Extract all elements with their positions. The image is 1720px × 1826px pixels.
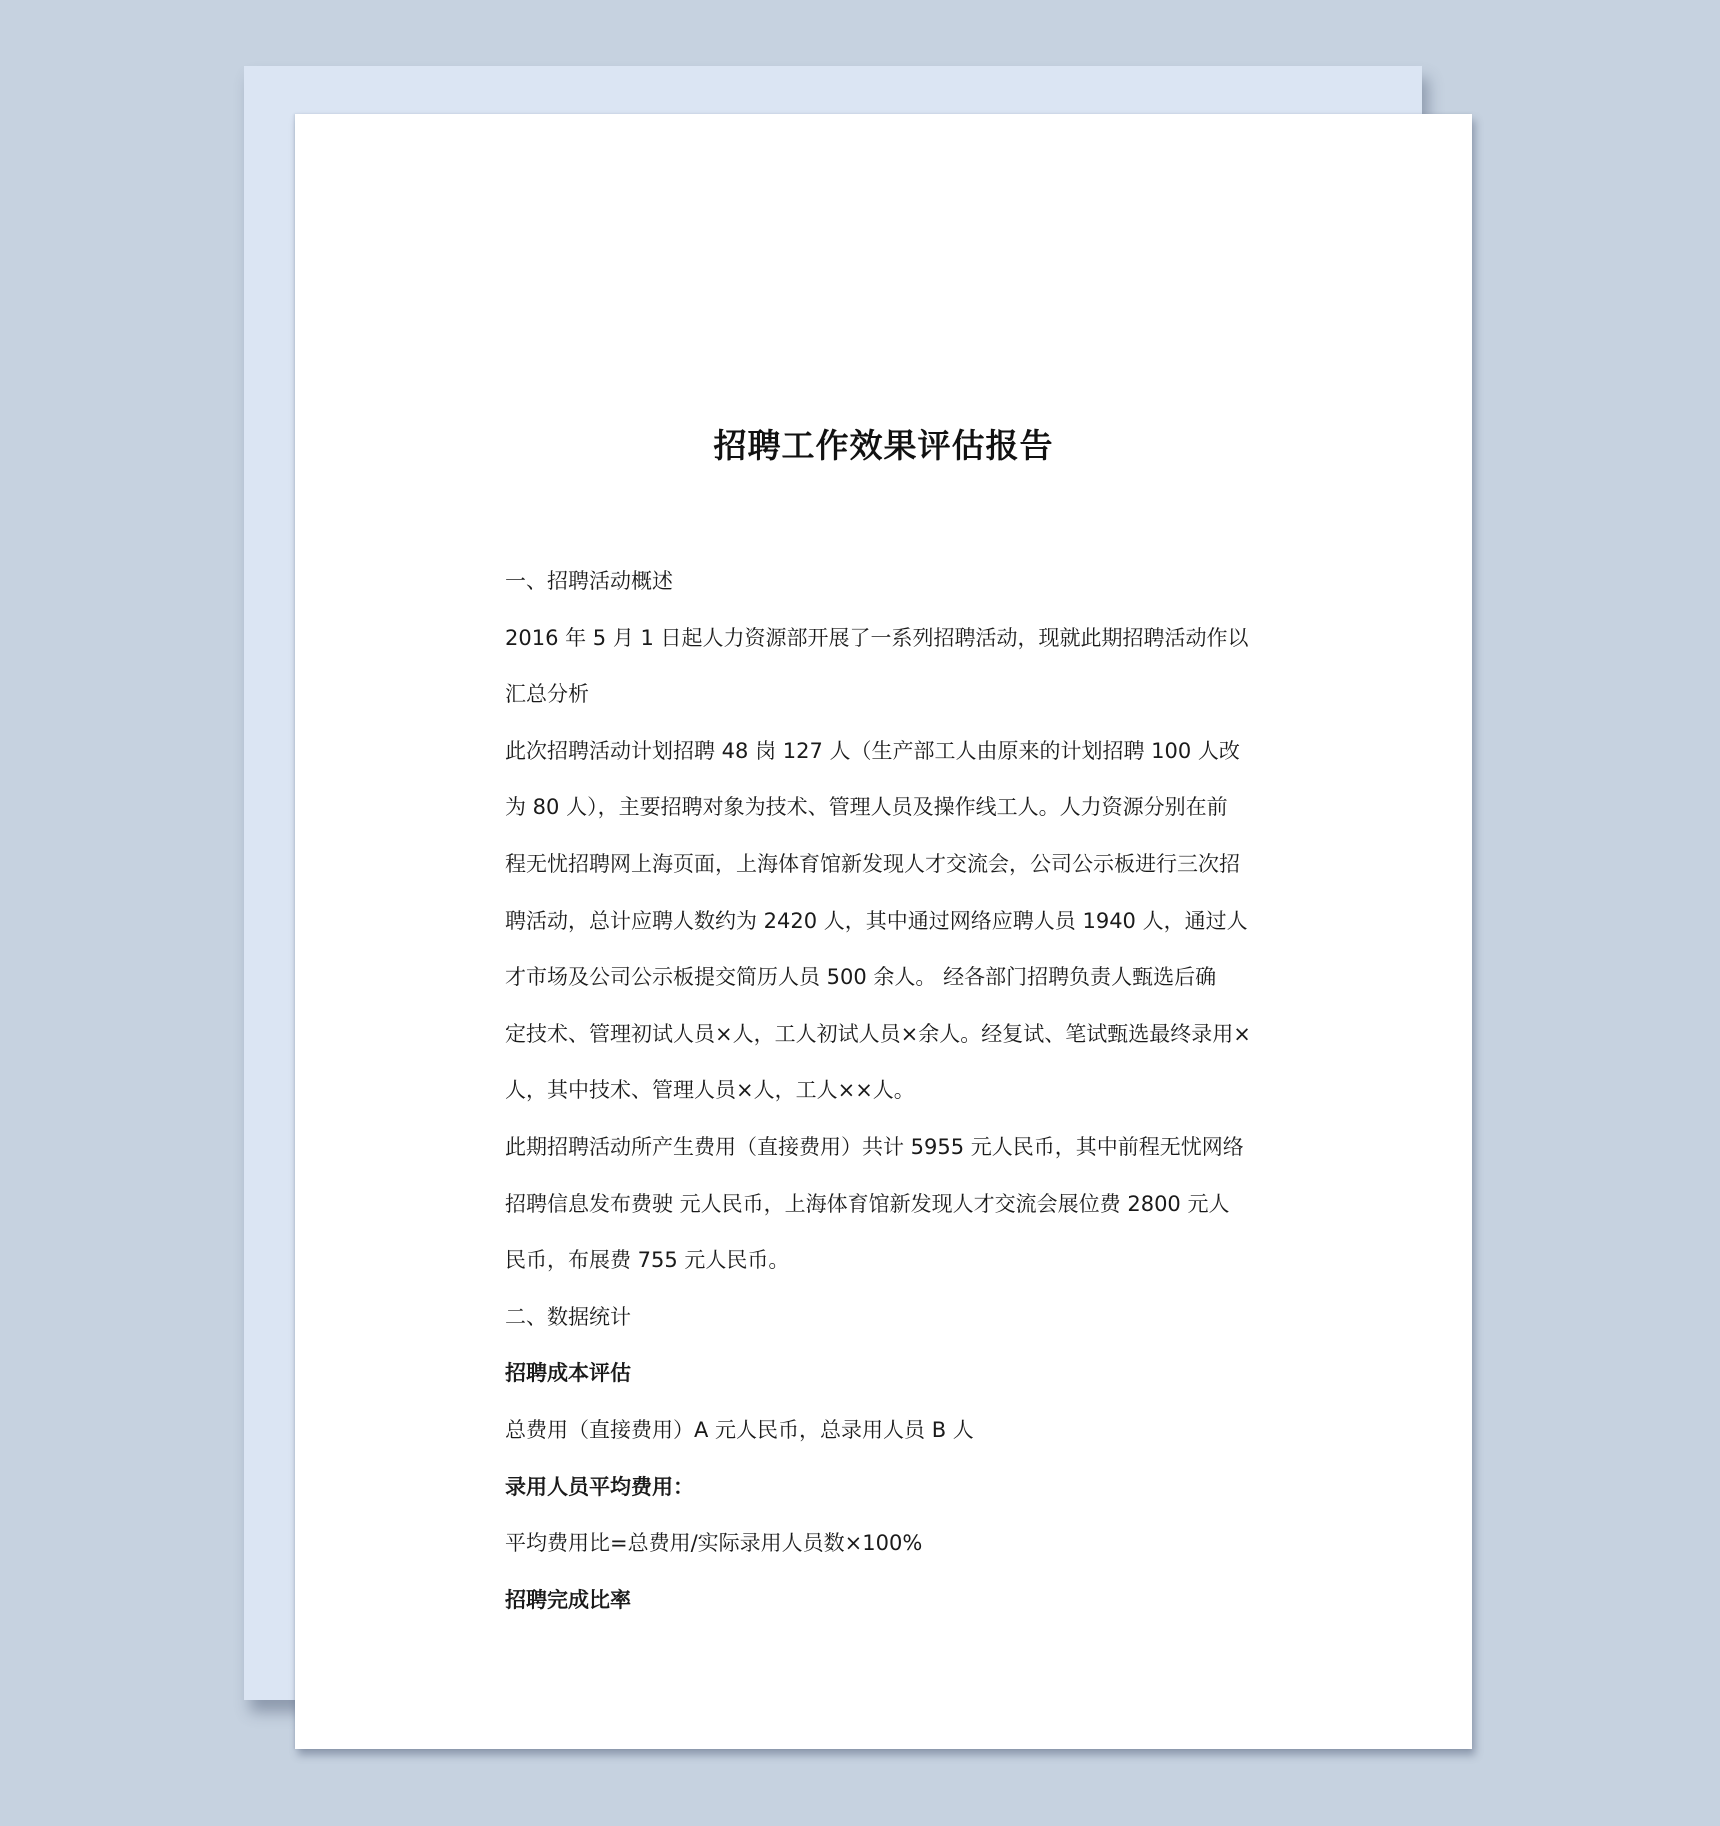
subheading-cost-evaluation: 招聘成本评估 bbox=[505, 1358, 1265, 1415]
document-page: 招聘工作效果评估报告 一、招聘活动概述 2016 年 5 月 1 日起人力资源部… bbox=[295, 114, 1472, 1749]
paragraph-line: 总费用（直接费用）A 元人民币，总录用人员 B 人 bbox=[505, 1415, 1265, 1472]
document-title: 招聘工作效果评估报告 bbox=[295, 420, 1472, 467]
paragraph-line: 为 80 人），主要招聘对象为技术、管理人员及操作线工人。人力资源分别在前 bbox=[505, 792, 1265, 849]
subheading-completion-rate: 招聘完成比率 bbox=[505, 1585, 1265, 1642]
paragraph-line: 才市场及公司公示板提交简历人员 500 余人。 经各部门招聘负责人甄选后确 bbox=[505, 962, 1265, 1019]
paragraph-line: 此次招聘活动计划招聘 48 岗 127 人（生产部工人由原来的计划招聘 100 … bbox=[505, 736, 1265, 793]
section-heading-statistics: 二、数据统计 bbox=[505, 1302, 1265, 1359]
formula-line: 平均费用比=总费用/实际录用人员数×100% bbox=[505, 1528, 1265, 1585]
paragraph-line: 民币，布展费 755 元人民币。 bbox=[505, 1245, 1265, 1302]
section-heading-overview: 一、招聘活动概述 bbox=[505, 566, 1265, 623]
paragraph-line: 聘活动，总计应聘人数约为 2420 人，其中通过网络应聘人员 1940 人，通过… bbox=[505, 906, 1265, 963]
paragraph-line: 2016 年 5 月 1 日起人力资源部开展了一系列招聘活动，现就此期招聘活动作… bbox=[505, 623, 1265, 680]
paragraph-line: 人，其中技术、管理人员×人，工人××人。 bbox=[505, 1075, 1265, 1132]
paragraph-line: 定技术、管理初试人员×人，工人初试人员×余人。经复试、笔试甄选最终录用× bbox=[505, 1019, 1265, 1076]
paragraph-line: 汇总分析 bbox=[505, 679, 1265, 736]
paragraph-line: 程无忧招聘网上海页面，上海体育馆新发现人才交流会，公司公示板进行三次招 bbox=[505, 849, 1265, 906]
paragraph-line: 此期招聘活动所产生费用（直接费用）共计 5955 元人民币，其中前程无忧网络 bbox=[505, 1132, 1265, 1189]
document-body: 一、招聘活动概述 2016 年 5 月 1 日起人力资源部开展了一系列招聘活动，… bbox=[505, 566, 1265, 1641]
subheading-average-cost: 录用人员平均费用： bbox=[505, 1472, 1265, 1529]
paragraph-line: 招聘信息发布费驶 元人民币，上海体育馆新发现人才交流会展位费 2800 元人 bbox=[505, 1189, 1265, 1246]
